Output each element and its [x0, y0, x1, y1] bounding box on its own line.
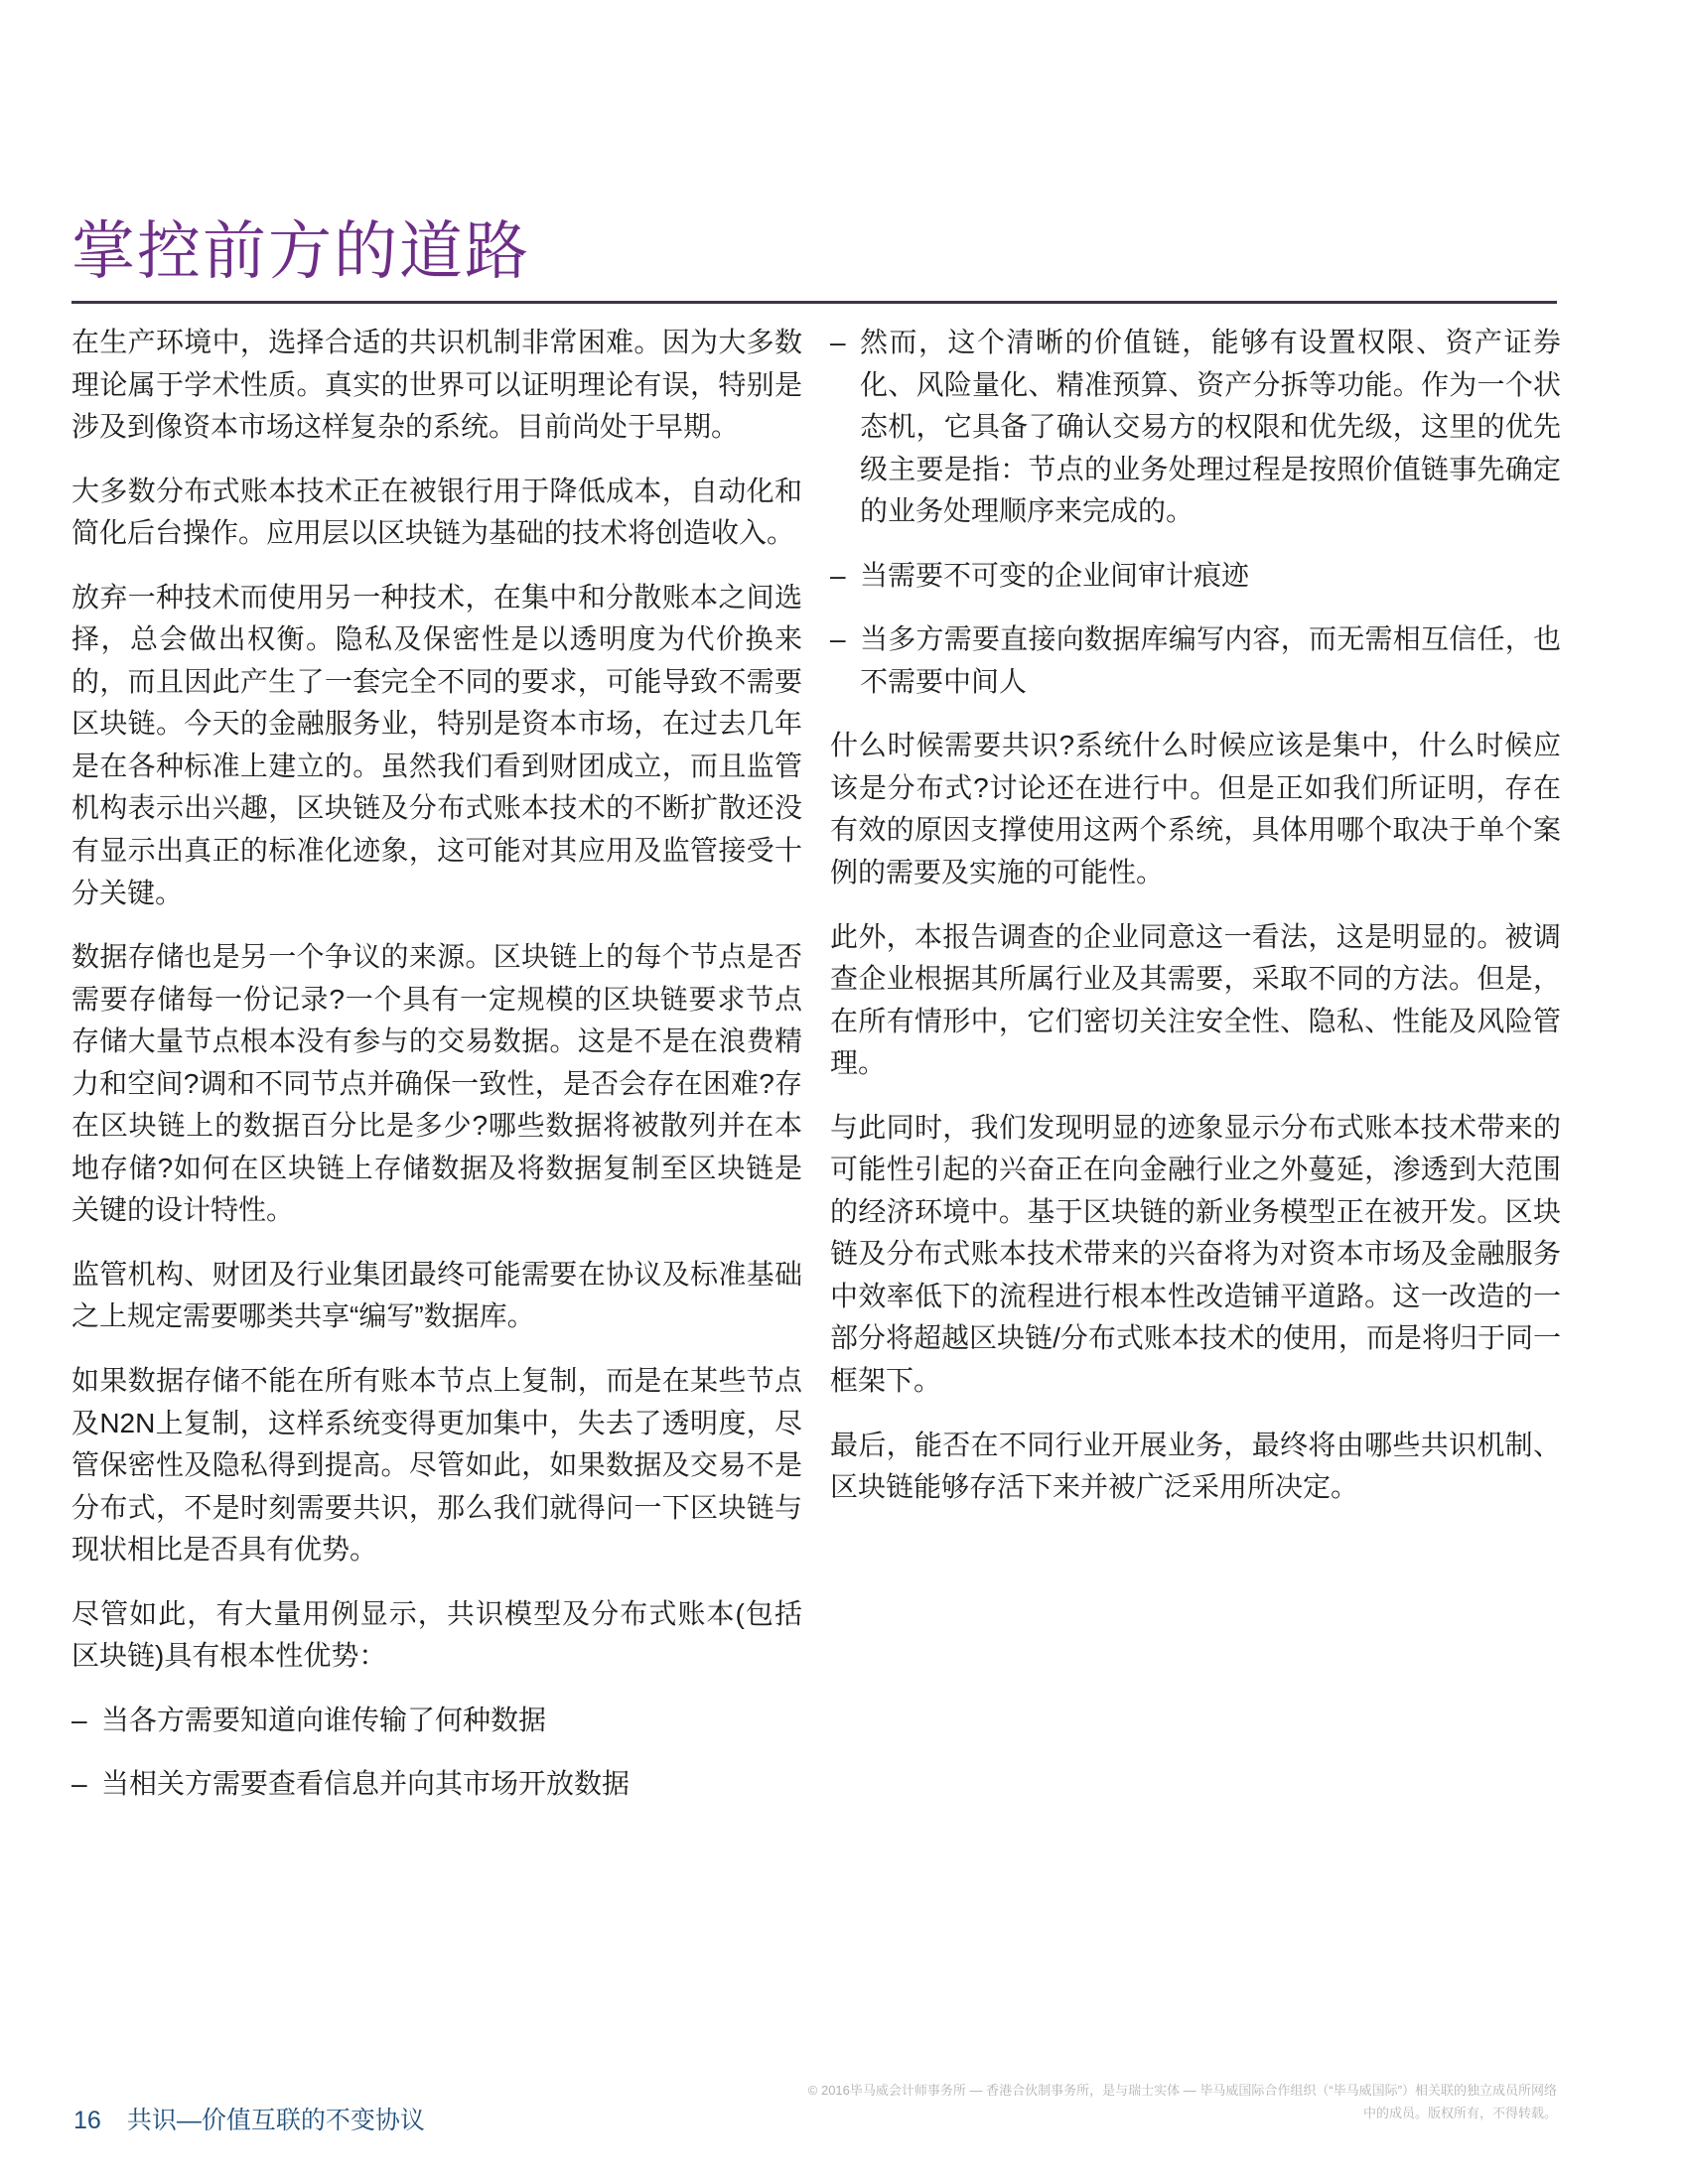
bullet-text: 当需要不可变的企业间审计痕迹 [860, 555, 1561, 598]
paragraph: 尽管如此，有大量用例显示，共识模型及分布式账本(包括区块链)具有根本性优势： [71, 1593, 802, 1678]
right-column: – 然而，这个清晰的价值链，能够有设置权限、资产证券化、风险量化、精准预算、资产… [830, 322, 1561, 1828]
title-divider [71, 301, 1557, 304]
copyright-notice: © 2016毕马威会计师事务所 — 香港合伙制事务所，是与瑞士实体 — 毕马威国… [763, 2079, 1557, 2125]
paragraph: 在生产环境中，选择合适的共识机制非常困难。因为大多数理论属于学术性质。真实的世界… [71, 322, 802, 449]
paragraph: 大多数分布式账本技术正在被银行用于降低成本，自动化和简化后台操作。应用层以区块链… [71, 471, 802, 555]
paragraph: 监管机构、财团及行业集团最终可能需要在协议及标准基础之上规定需要哪类共享“编写”… [71, 1254, 802, 1338]
paragraph: 什么时候需要共识?系统什么时候应该是集中，什么时候应该是分布式?讨论还在进行中。… [830, 725, 1561, 893]
copyright-line-1: © 2016毕马威会计师事务所 — 香港合伙制事务所，是与瑞士实体 — 毕马威国… [763, 2079, 1557, 2102]
page-header: 掌控前方的道路 [71, 218, 1557, 304]
bullet-dash: – [830, 618, 860, 703]
bullet-text: 当多方需要直接向数据库编写内容，而无需相互信任，也不需要中间人 [860, 618, 1561, 703]
bullet-item: – 当各方需要知道向谁传输了何种数据 [71, 1700, 802, 1742]
bullet-dash: – [830, 322, 860, 533]
bullet-item: – 当相关方需要查看信息并向其市场开放数据 [71, 1763, 802, 1806]
paragraph: 如果数据存储不能在所有账本节点上复制，而是在某些节点及N2N上复制，这样系统变得… [71, 1360, 802, 1571]
left-column: 在生产环境中，选择合适的共识机制非常困难。因为大多数理论属于学术性质。真实的世界… [71, 322, 802, 1828]
paragraph: 数据存储也是另一个争议的来源。区块链上的每个节点是否需要存储每一份记录?一个具有… [71, 936, 802, 1232]
paragraph: 放弃一种技术而使用另一种技术，在集中和分散账本之间选择，总会做出权衡。隐私及保密… [71, 577, 802, 914]
bullet-text: 当各方需要知道向谁传输了何种数据 [101, 1700, 802, 1742]
document-page: 掌控前方的道路 在生产环境中，选择合适的共识机制非常困难。因为大多数理论属于学术… [0, 0, 1688, 2184]
body-columns: 在生产环境中，选择合适的共识机制非常困难。因为大多数理论属于学术性质。真实的世界… [71, 322, 1561, 1828]
paragraph: 最后，能否在不同行业开展业务，最终将由哪些共识机制、区块链能够存活下来并被广泛采… [830, 1425, 1561, 1509]
copyright-line-2: 中的成员。版权所有，不得转载。 [763, 2102, 1557, 2124]
bullet-dash: – [830, 555, 860, 598]
bullet-item: – 然而，这个清晰的价值链，能够有设置权限、资产证券化、风险量化、精准预算、资产… [830, 322, 1561, 533]
bullet-item: – 当多方需要直接向数据库编写内容，而无需相互信任，也不需要中间人 [830, 618, 1561, 703]
page-title: 掌控前方的道路 [71, 218, 1557, 285]
bullet-dash: – [71, 1700, 101, 1742]
page-footer: 16共识—价值互联的不变协议 [73, 2101, 425, 2136]
bullet-text: 当相关方需要查看信息并向其市场开放数据 [101, 1763, 802, 1806]
bullet-dash: – [71, 1763, 101, 1806]
document-title: 共识—价值互联的不变协议 [127, 2107, 425, 2134]
page-number: 16 [73, 2107, 101, 2134]
paragraph: 此外，本报告调查的企业同意这一看法，这是明显的。被调查企业根据其所属行业及其需要… [830, 916, 1561, 1085]
bullet-text: 然而，这个清晰的价值链，能够有设置权限、资产证券化、风险量化、精准预算、资产分拆… [860, 322, 1561, 533]
paragraph: 与此同时，我们发现明显的迹象显示分布式账本技术带来的可能性引起的兴奋正在向金融行… [830, 1107, 1561, 1403]
bullet-item: – 当需要不可变的企业间审计痕迹 [830, 555, 1561, 598]
